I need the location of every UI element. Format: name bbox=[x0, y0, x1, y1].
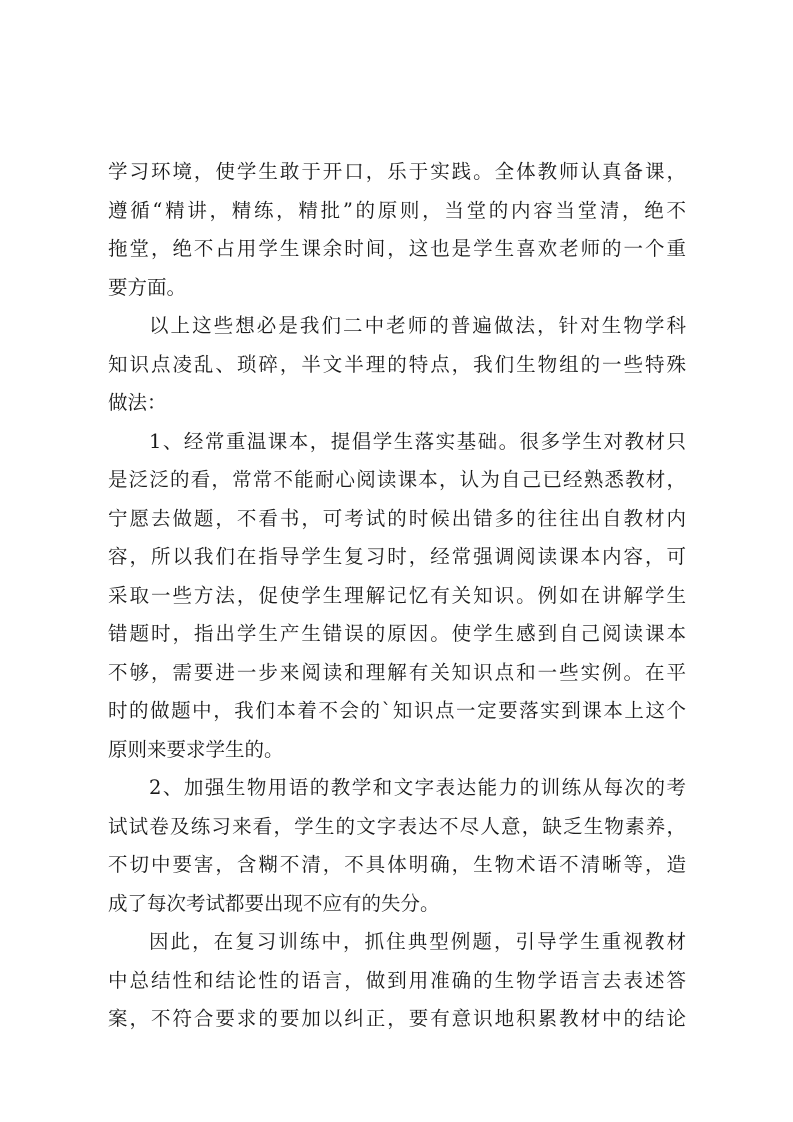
text-line: 学习环境，使学生敢于开口，乐于实践。全体教师认真备课， bbox=[108, 153, 686, 192]
document-page: 学习环境，使学生敢于开口，乐于实践。全体教师认真备课， 遵循“精讲，精练，精批”… bbox=[0, 0, 793, 1122]
text-line: 试试卷及练习来看，学生的文字表达不尽人意，缺乏生物素养， bbox=[108, 808, 686, 847]
text-line: 知识点凌乱、琐碎，半文半理的特点，我们生物组的一些特殊 bbox=[108, 346, 686, 385]
text-line: 案，不符合要求的要加以纠正，要有意识地积累教材中的结论 bbox=[108, 1000, 686, 1039]
text-line: 宁愿去做题，不看书，可考试的时候出错多的往往出自教材内 bbox=[108, 500, 686, 539]
text-line: 拖堂，绝不占用学生课余时间，这也是学生喜欢老师的一个重 bbox=[108, 230, 686, 269]
paragraph-point-1-textbook-review: 1、经常重温课本，提倡学生落实基础。很多学生对教材只 是泛泛的看，常常不能耐心阅… bbox=[108, 423, 686, 770]
text-line: 不够，需要进一步来阅读和理解有关知识点和一些实例。在平 bbox=[108, 654, 686, 693]
text-line: 要方面。 bbox=[108, 269, 686, 308]
paragraph-therefore-review-training: 因此，在复习训练中，抓住典型例题，引导学生重视教材 中总结性和结论性的语言，做到… bbox=[108, 923, 686, 1039]
text-line: 容，所以我们在指导学生复习时，经常强调阅读课本内容，可 bbox=[108, 538, 686, 577]
paragraph-biology-group-intro: 以上这些想必是我们二中老师的普遍做法，针对生物学科 知识点凌乱、琐碎，半文半理的… bbox=[108, 307, 686, 423]
text-line: 时的做题中，我们本着不会的`知识点一定要落实到课本上这个 bbox=[108, 692, 686, 731]
text-line: 1、经常重温课本，提倡学生落实基础。很多学生对教材只 bbox=[108, 423, 686, 462]
text-line: 遵循“精讲，精练，精批”的原则，当堂的内容当堂清，绝不 bbox=[108, 192, 686, 231]
paragraph-learning-environment: 学习环境，使学生敢于开口，乐于实践。全体教师认真备课， 遵循“精讲，精练，精批”… bbox=[108, 153, 686, 307]
text-line: 2、加强生物用语的教学和文字表达能力的训练从每次的考 bbox=[108, 769, 686, 808]
text-line: 因此，在复习训练中，抓住典型例题，引导学生重视教材 bbox=[108, 923, 686, 962]
paragraph-point-2-terminology: 2、加强生物用语的教学和文字表达能力的训练从每次的考 试试卷及练习来看，学生的文… bbox=[108, 769, 686, 923]
text-line: 做法： bbox=[108, 384, 686, 423]
text-line: 成了每次考试都要出现不应有的失分。 bbox=[108, 885, 686, 924]
text-line: 以上这些想必是我们二中老师的普遍做法，针对生物学科 bbox=[108, 307, 686, 346]
text-line: 采取一些方法，促使学生理解记忆有关知识。例如在讲解学生 bbox=[108, 577, 686, 616]
document-body: 学习环境，使学生敢于开口，乐于实践。全体教师认真备课， 遵循“精讲，精练，精批”… bbox=[108, 153, 686, 1039]
text-line: 是泛泛的看，常常不能耐心阅读课本，认为自己已经熟悉教材， bbox=[108, 461, 686, 500]
text-line: 中总结性和结论性的语言，做到用准确的生物学语言去表述答 bbox=[108, 962, 686, 1001]
text-line: 错题时，指出学生产生错误的原因。使学生感到自己阅读课本 bbox=[108, 615, 686, 654]
text-line: 不切中要害，含糊不清，不具体明确，生物术语不清晰等，造 bbox=[108, 846, 686, 885]
text-line: 原则来要求学生的。 bbox=[108, 731, 686, 770]
